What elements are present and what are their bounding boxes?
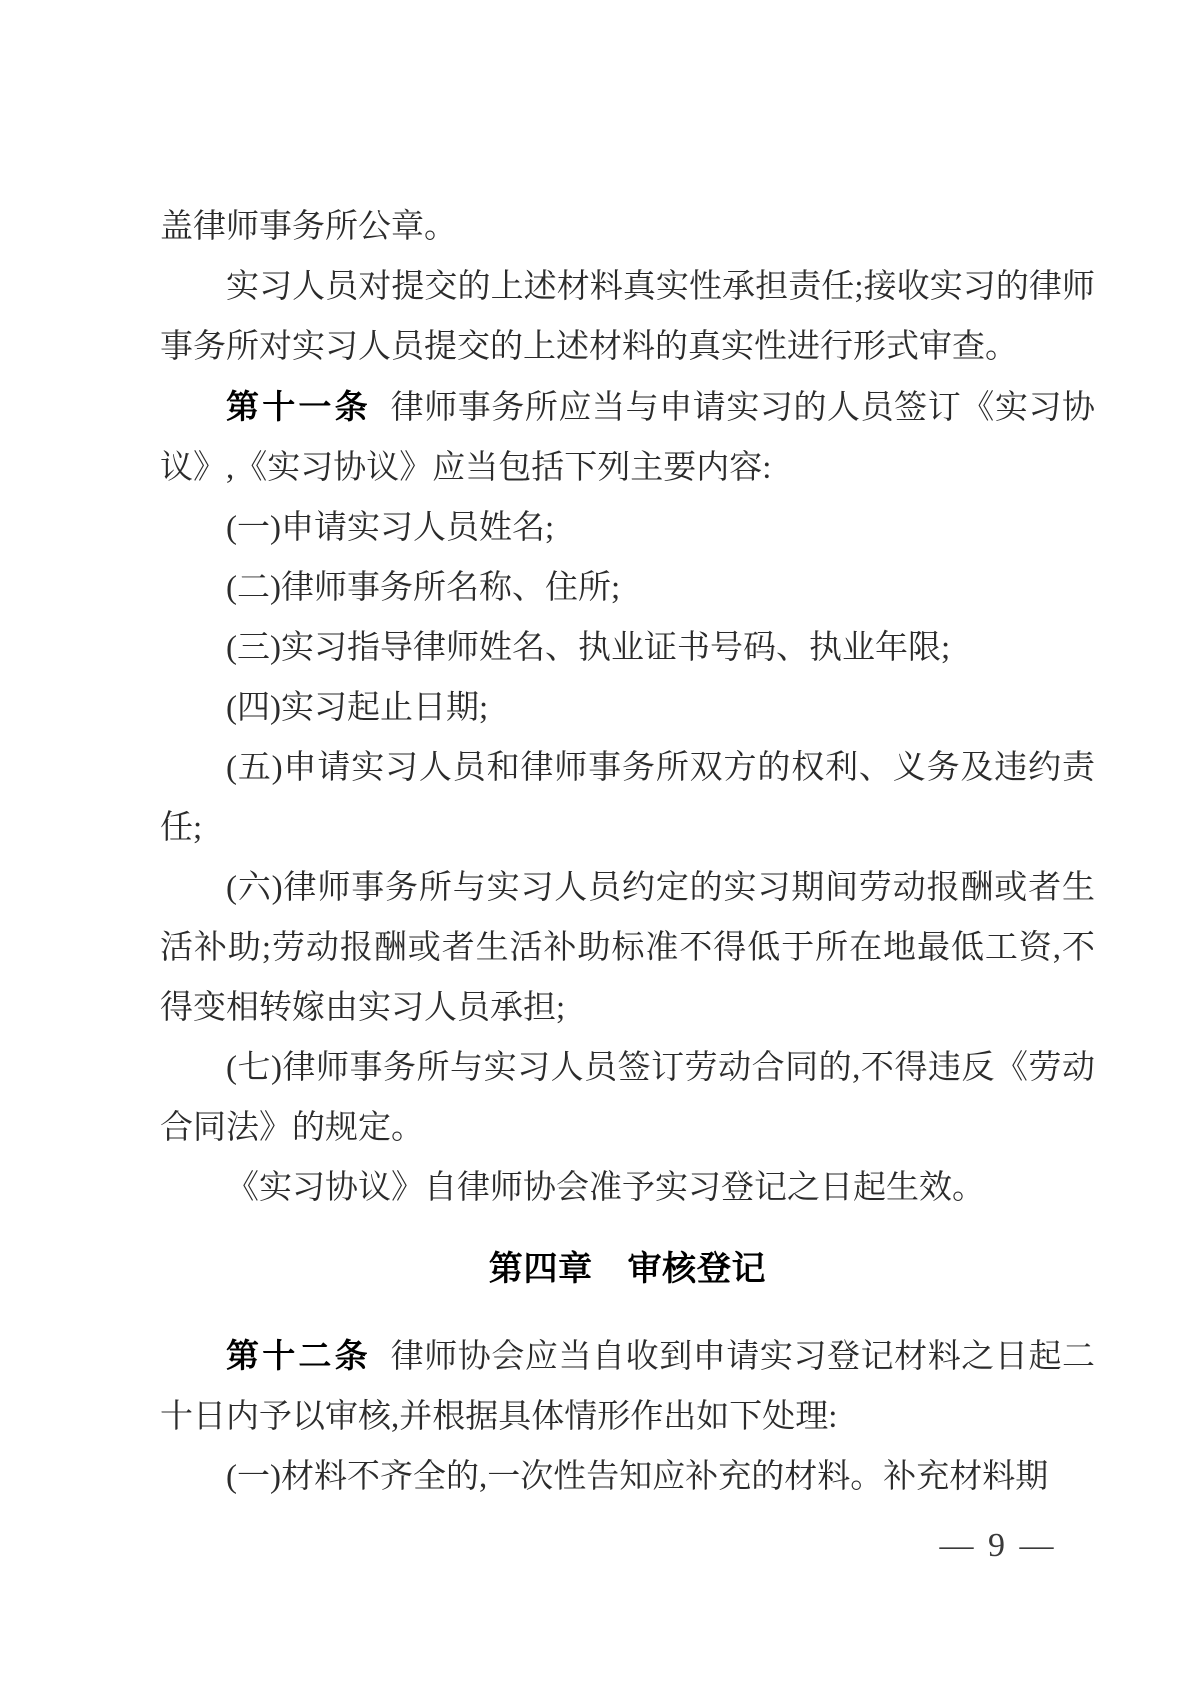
article-11: 第十一条律师事务所应当与申请实习的人员签订《实习协议》,《实习协议》应当包括下列… bbox=[160, 377, 1095, 498]
chapter-heading: 第四章 审核登记 bbox=[160, 1239, 1095, 1299]
paragraph-responsibility: 实习人员对提交的上述材料真实性承担责任;接收实习的律师事务所对实习人员提交的上述… bbox=[160, 257, 1095, 377]
document-body: 盖律师事务所公章。 实习人员对提交的上述材料真实性承担责任;接收实习的律师事务所… bbox=[160, 197, 1095, 1507]
clause-item-3: (三)实习指导律师姓名、执业证书号码、执业年限; bbox=[160, 618, 1095, 678]
clause-item-4: (四)实习起止日期; bbox=[160, 678, 1095, 738]
clause-item-5: (五)申请实习人员和律师事务所双方的权利、义务及违约责任; bbox=[160, 738, 1095, 858]
clause-item-6: (六)律师事务所与实习人员约定的实习期间劳动报酬或者生活补助;劳动报酬或者生活补… bbox=[160, 858, 1095, 1038]
clause-item-1: (一)申请实习人员姓名; bbox=[160, 498, 1095, 558]
article-12: 第十二条律师协会应当自收到申请实习登记材料之日起二十日内予以审核,并根据具体情形… bbox=[160, 1326, 1095, 1447]
document-page: 盖律师事务所公章。 实习人员对提交的上述材料真实性承担责任;接收实习的律师事务所… bbox=[0, 0, 1199, 1696]
paragraph-seal: 盖律师事务所公章。 bbox=[160, 197, 1095, 257]
paragraph-effective-date: 《实习协议》自律师协会准予实习登记之日起生效。 bbox=[160, 1158, 1095, 1218]
clause-item-12-1: (一)材料不齐全的,一次性告知应补充的材料。补充材料期 bbox=[160, 1447, 1095, 1507]
article-12-label: 第十二条 bbox=[226, 1337, 371, 1374]
article-11-label: 第十一条 bbox=[226, 388, 371, 425]
page-number: — 9 — bbox=[918, 1522, 1078, 1570]
clause-item-7: (七)律师事务所与实习人员签订劳动合同的,不得违反《劳动合同法》的规定。 bbox=[160, 1038, 1095, 1158]
clause-item-2: (二)律师事务所名称、住所; bbox=[160, 558, 1095, 618]
